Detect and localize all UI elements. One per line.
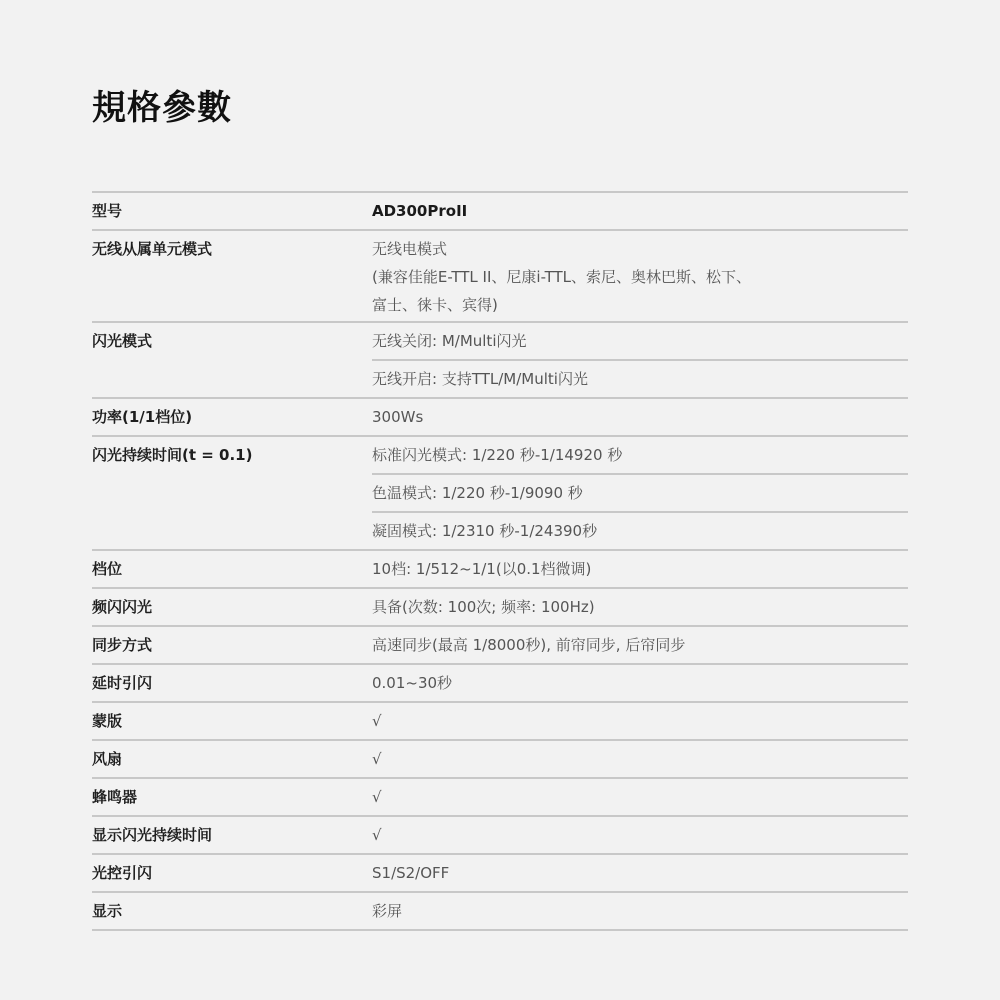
spec-value: 无线关闭: M/Multi闪光 xyxy=(372,323,908,359)
spec-label: 闪光模式 xyxy=(92,323,372,397)
spec-value: 标准闪光模式: 1/220 秒-1/14920 秒 xyxy=(372,437,908,473)
spec-value: 色温模式: 1/220 秒-1/9090 秒 xyxy=(372,473,908,511)
spec-label: 档位 xyxy=(92,551,372,587)
spec-label: 无线从属单元模式 xyxy=(92,231,372,321)
spec-value: 无线电模式 (兼容佳能E-TTL II、尼康i-TTL、索尼、奥林巴斯、松下、 … xyxy=(372,231,908,321)
spec-value: S1/S2/OFF xyxy=(372,855,908,891)
spec-value-line: 无线电模式 xyxy=(372,235,908,263)
spec-row-wireless-slave: 无线从属单元模式 无线电模式 (兼容佳能E-TTL II、尼康i-TTL、索尼、… xyxy=(92,231,908,323)
spec-label: 频闪闪光 xyxy=(92,589,372,625)
spec-value: 10档: 1/512~1/1(以0.1档微调) xyxy=(372,551,908,587)
check-icon: √ xyxy=(372,817,908,853)
spec-row-delay: 延时引闪 0.01~30秒 xyxy=(92,665,908,703)
spec-value: 无线开启: 支持TTL/M/Multi闪光 xyxy=(372,359,908,397)
spec-row-display: 显示 彩屏 xyxy=(92,893,908,931)
spec-row-mask: 蒙版 √ xyxy=(92,703,908,741)
spec-label: 显示闪光持续时间 xyxy=(92,817,372,853)
spec-row-buzzer: 蜂鸣器 √ xyxy=(92,779,908,817)
spec-row-flash-duration: 闪光持续时间(t = 0.1) 标准闪光模式: 1/220 秒-1/14920 … xyxy=(92,437,908,551)
check-icon: √ xyxy=(372,779,908,815)
page-title: 規格參數 xyxy=(92,80,232,129)
spec-row-sync-mode: 同步方式 高速同步(最高 1/8000秒), 前帘同步, 后帘同步 xyxy=(92,627,908,665)
spec-row-stroboscopic: 频闪闪光 具备(次数: 100次; 频率: 100Hz) xyxy=(92,589,908,627)
spec-label: 型号 xyxy=(92,193,372,229)
spec-label: 同步方式 xyxy=(92,627,372,663)
spec-value: AD300ProII xyxy=(372,193,908,229)
spec-value: 300Ws xyxy=(372,399,908,435)
spec-label: 延时引闪 xyxy=(92,665,372,701)
spec-value-line: (兼容佳能E-TTL II、尼康i-TTL、索尼、奥林巴斯、松下、 xyxy=(372,263,908,291)
spec-row-power: 功率(1/1档位) 300Ws xyxy=(92,399,908,437)
spec-value: 凝固模式: 1/2310 秒-1/24390秒 xyxy=(372,511,908,549)
spec-row-flash-mode: 闪光模式 无线关闭: M/Multi闪光 无线开启: 支持TTL/M/Multi… xyxy=(92,323,908,399)
spec-row-show-duration: 显示闪光持续时间 √ xyxy=(92,817,908,855)
spec-label: 功率(1/1档位) xyxy=(92,399,372,435)
spec-value: 高速同步(最高 1/8000秒), 前帘同步, 后帘同步 xyxy=(372,627,908,663)
spec-table: 型号 AD300ProII 无线从属单元模式 无线电模式 (兼容佳能E-TTL … xyxy=(92,191,908,931)
spec-label: 闪光持续时间(t = 0.1) xyxy=(92,437,372,549)
spec-row-optical-trigger: 光控引闪 S1/S2/OFF xyxy=(92,855,908,893)
check-icon: √ xyxy=(372,703,908,739)
spec-value: 具备(次数: 100次; 频率: 100Hz) xyxy=(372,589,908,625)
spec-label: 蜂鸣器 xyxy=(92,779,372,815)
spec-label: 蒙版 xyxy=(92,703,372,739)
spec-value-line: 富士、徕卡、宾得) xyxy=(372,291,908,319)
spec-label: 显示 xyxy=(92,893,372,929)
spec-row-stops: 档位 10档: 1/512~1/1(以0.1档微调) xyxy=(92,551,908,589)
check-icon: √ xyxy=(372,741,908,777)
spec-label: 风扇 xyxy=(92,741,372,777)
spec-row-fan: 风扇 √ xyxy=(92,741,908,779)
spec-row-model: 型号 AD300ProII xyxy=(92,193,908,231)
spec-value: 彩屏 xyxy=(372,893,908,929)
spec-value: 0.01~30秒 xyxy=(372,665,908,701)
spec-label: 光控引闪 xyxy=(92,855,372,891)
